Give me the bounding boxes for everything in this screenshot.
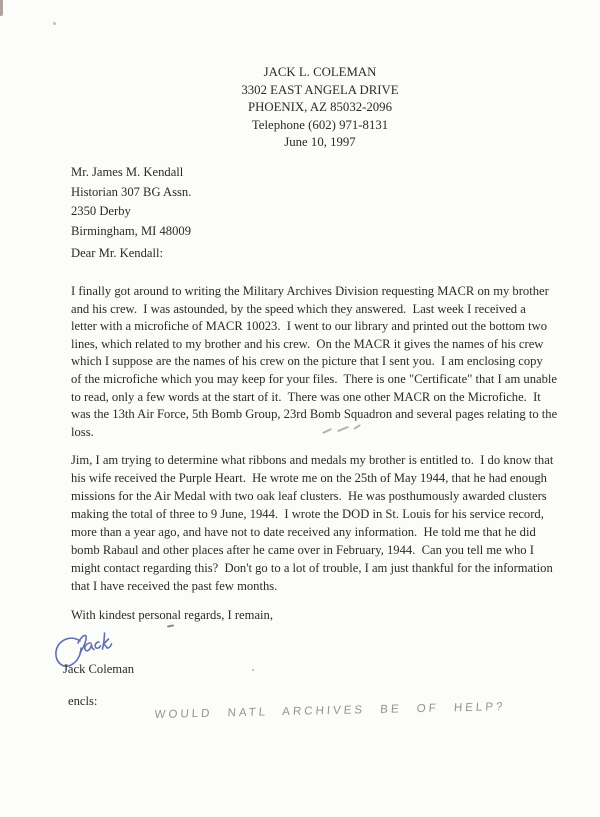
recipient-city: Birmingham, MI 48009 <box>71 222 191 242</box>
body-line: lines, which related to my brother and h… <box>71 336 557 354</box>
recipient-name: Mr. James M. Kendall <box>71 163 191 183</box>
body-line: I finally got around to writing the Mili… <box>71 283 557 301</box>
body-line: bomb Rabaul and other places after he ca… <box>71 541 553 559</box>
letterhead-name: JACK L. COLEMAN <box>40 64 600 82</box>
letterhead-address-line: PHOENIX, AZ 85032-2096 <box>40 99 600 117</box>
body-line: his wife received the Purple Heart. He w… <box>71 469 553 487</box>
body-line: that I have received the past few months… <box>71 577 553 595</box>
letter-date: June 10, 1997 <box>40 134 600 152</box>
body-line: loss. <box>71 424 557 442</box>
body-line: to read, only a few words at the start o… <box>71 389 557 407</box>
scan-artifact-speck <box>53 22 56 25</box>
signature-k-stroke <box>103 633 105 649</box>
body-line: and his crew. I was astounded, by the sp… <box>71 301 557 319</box>
letterhead-phone: Telephone (602) 971-8131 <box>40 117 600 135</box>
scan-artifact-corner-mark <box>0 0 3 16</box>
recipient-block: Mr. James M. Kendall Historian 307 BG As… <box>71 163 191 242</box>
body-line: might contact regarding this? Don't go t… <box>71 559 553 577</box>
letter-page: JACK L. COLEMAN 3302 EAST ANGELA DRIVE P… <box>0 0 600 817</box>
recipient-street: 2350 Derby <box>71 202 191 222</box>
body-line: missions for the Air Medal with two oak … <box>71 487 553 505</box>
recipient-title: Historian 307 BG Assn. <box>71 183 191 203</box>
body-line: making the total of three to 9 June, 194… <box>71 505 553 523</box>
signature-a-stroke <box>85 643 94 651</box>
closing-regards: With kindest personal regards, I remain, <box>71 608 273 623</box>
body-line: of the microfiche which you may keep for… <box>71 371 557 389</box>
letterhead-block: JACK L. COLEMAN 3302 EAST ANGELA DRIVE P… <box>40 64 600 152</box>
body-paragraph-1: I finally got around to writing the Mili… <box>71 283 557 441</box>
body-line: Jim, I am trying to determine what ribbo… <box>71 451 553 469</box>
salutation: Dear Mr. Kendall: <box>71 246 163 261</box>
letterhead-address-line: 3302 EAST ANGELA DRIVE <box>40 82 600 100</box>
body-line: was the 13th Air Force, 5th Bomb Group, … <box>71 406 557 424</box>
body-line: letter with a microfiche of MACR 10023. … <box>71 318 557 336</box>
typed-signature: Jack Coleman <box>63 662 134 677</box>
signature-c-stroke <box>95 642 100 648</box>
handwritten-annotation: WOULD NATL ARCHIVES BE OF HELP? <box>154 701 515 721</box>
enclosure-note: encls: <box>68 694 97 709</box>
scan-artifact-dash <box>167 624 174 627</box>
scan-artifact-dot <box>252 669 254 671</box>
body-line: more than a year ago, and have not to da… <box>71 523 553 541</box>
body-paragraph-2: Jim, I am trying to determine what ribbo… <box>71 451 553 595</box>
body-line: which I suppose are the names of his cre… <box>71 353 557 371</box>
